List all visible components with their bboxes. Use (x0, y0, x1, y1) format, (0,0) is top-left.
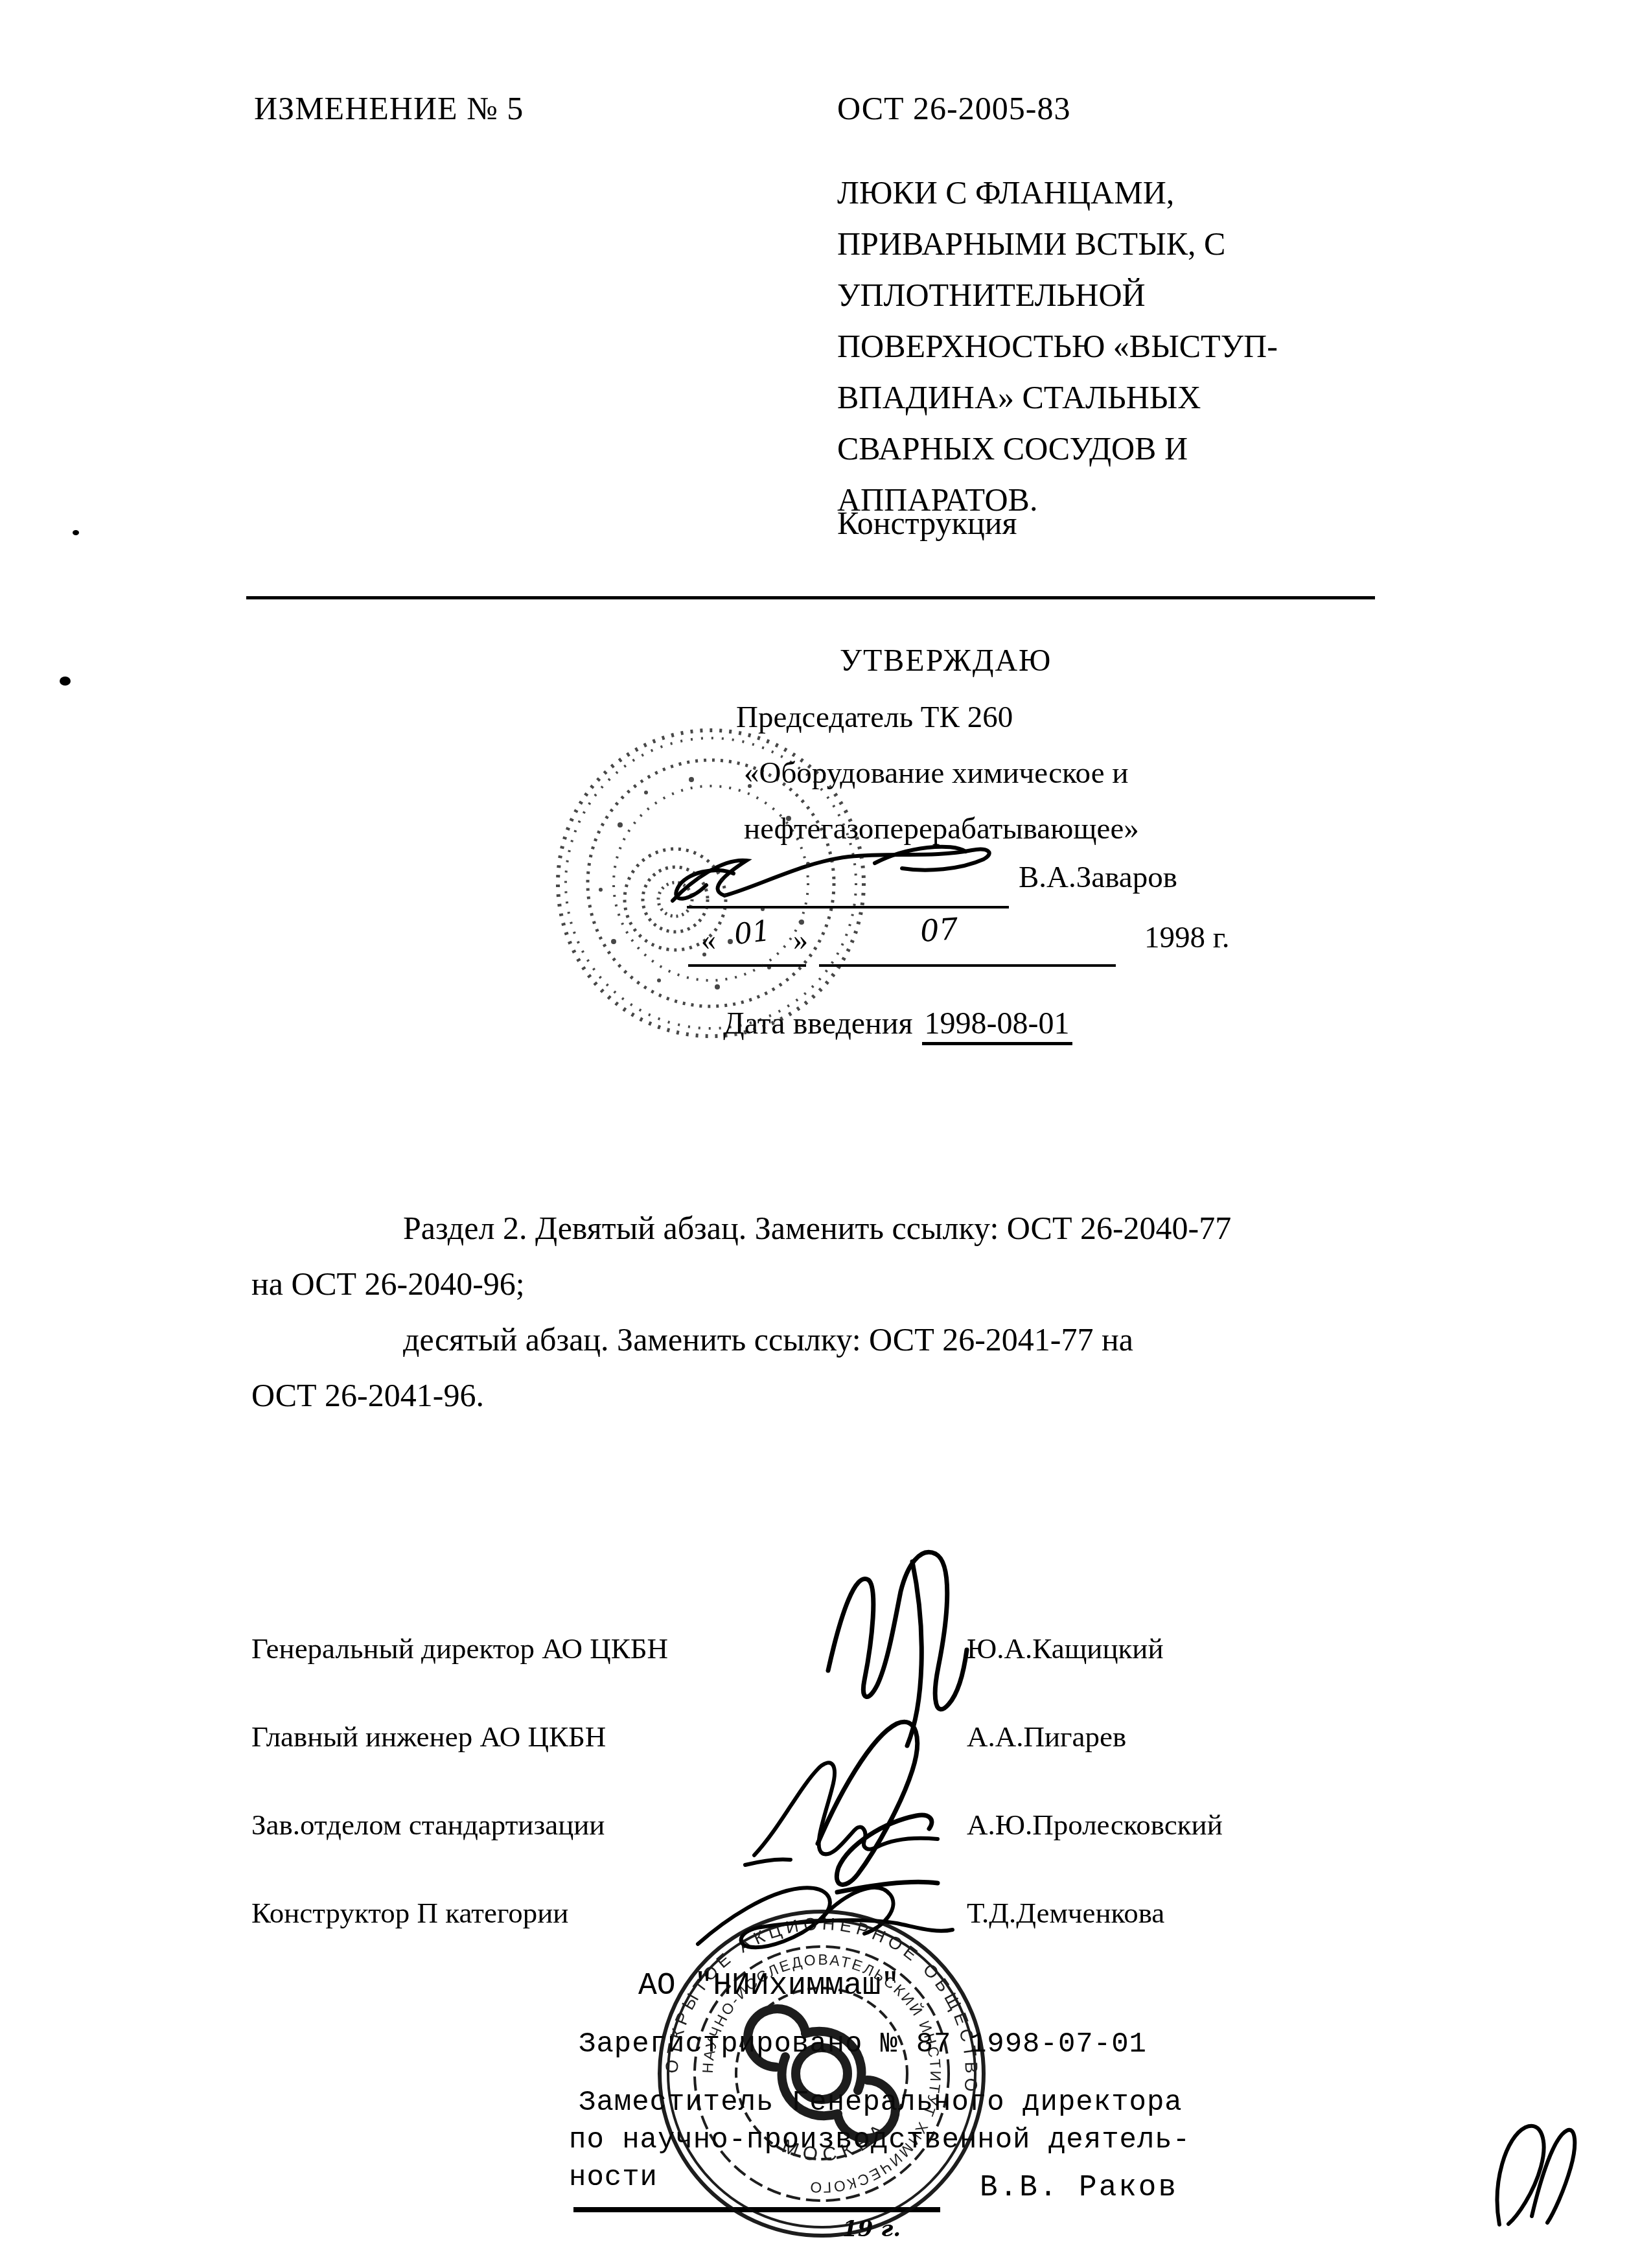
approve-word: УТВЕРЖДАЮ (840, 643, 1052, 678)
standard-number: ОСТ 26-2005-83 (837, 89, 1070, 127)
body-text-line: Раздел 2. Девятый абзац. Заменить ссылку… (403, 1209, 1231, 1247)
deputy-title-line: ности (569, 2162, 658, 2194)
signatory-name: А.А.Пигарев (967, 1720, 1126, 1753)
round-stamp-organization-icon: ОТКРЫТОЕ АКЦИОНЕРНОЕ ОБЩЕСТВО НАУЧНО-ИСС… (656, 1908, 988, 2239)
approver-name: В.А.Заваров (1019, 860, 1177, 895)
body-text-line: ОСТ 26-2041-96. (251, 1376, 484, 1414)
effective-date-value: 1998-08-01 (922, 1006, 1072, 1045)
round-stamp-faint-icon (552, 724, 870, 1042)
horizontal-divider (246, 596, 1375, 599)
signatory-role: Генеральный директор АО ЦКБН (251, 1632, 668, 1665)
signature-rakov (1479, 2118, 1582, 2234)
signatory-name: Ю.А.Кащицкий (967, 1632, 1164, 1665)
signatory-name: А.Ю.Пролесковский (967, 1808, 1223, 1842)
signatory-role: Конструктор П категории (251, 1896, 568, 1930)
amendment-number: ИЗМЕНЕНИЕ № 5 (254, 89, 524, 127)
signatory-role: Зав.отделом стандартизации (251, 1808, 605, 1842)
approval-year: 1998 г. (1144, 920, 1229, 955)
title-line: ВПАДИНА» СТАЛЬНЫХ (837, 372, 1278, 423)
deputy-name: В.В. Раков (980, 2171, 1178, 2204)
title-line: ПОВЕРХНОСТЬЮ «ВЫСТУП- (837, 321, 1278, 372)
document-title: ЛЮКИ С ФЛАНЦАМИ, ПРИВАРНЫМИ ВСТЫК, С УПЛ… (837, 167, 1278, 526)
body-text-line: на ОСТ 26-2040-96; (251, 1265, 525, 1302)
title-line: ПРИВАРНЫМИ ВСТЫК, С (837, 218, 1278, 270)
scan-artifact-dot (60, 677, 71, 686)
title-line: УПЛОТНИТЕЛЬНОЙ (837, 270, 1278, 321)
title-line: ЛЮКИ С ФЛАНЦАМИ, (837, 167, 1278, 218)
scan-artifact-dot (73, 530, 79, 535)
signatory-name: Т.Д.Демченкова (967, 1896, 1164, 1930)
title-subtitle: Конструкция (837, 504, 1017, 542)
title-line: СВАРНЫХ СОСУДОВ И (837, 423, 1278, 474)
scanned-document-page: ИЗМЕНЕНИЕ № 5 ОСТ 26-2005-83 ЛЮКИ С ФЛАН… (0, 0, 1629, 2268)
stamp-knot-logo (748, 2009, 895, 2138)
body-text-line: десятый абзац. Заменить ссылку: ОСТ 26-2… (403, 1321, 1133, 1358)
signatory-role: Главный инженер АО ЦКБН (251, 1720, 606, 1753)
